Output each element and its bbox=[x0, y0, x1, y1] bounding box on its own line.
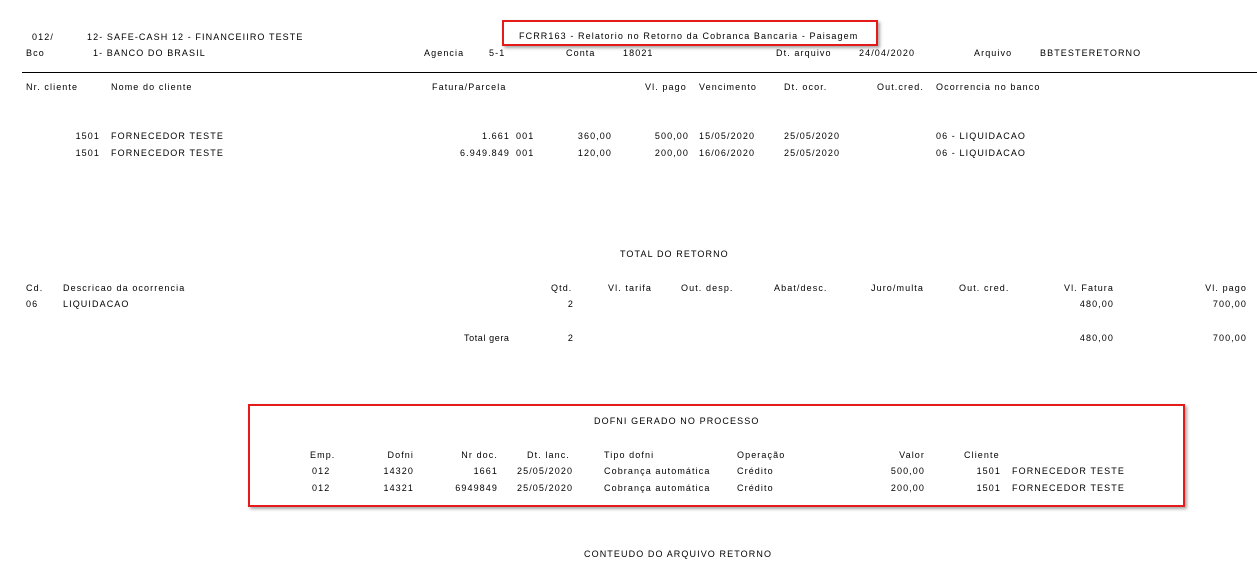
col-paid: Vl. pago bbox=[645, 82, 687, 93]
bank-label: Bco bbox=[26, 48, 45, 59]
operation: Crédito bbox=[737, 466, 774, 477]
paid-value: 700,00 bbox=[1170, 299, 1247, 310]
bank-occurrence: 06 - LIQUIDACAO bbox=[936, 131, 1026, 142]
file-label: Arquivo bbox=[974, 48, 1012, 59]
emp: 012 bbox=[312, 466, 330, 477]
description: LIQUIDACAO bbox=[63, 299, 130, 310]
col-description: Descricao da ocorrencia bbox=[63, 283, 185, 294]
bank-value: 1- BANCO DO BRASIL bbox=[93, 48, 206, 59]
grand-total-qty: 2 bbox=[550, 333, 574, 344]
due-date: 16/06/2020 bbox=[699, 148, 755, 159]
col-launch-date: Dt. lanc. bbox=[527, 450, 570, 461]
installment: 001 bbox=[516, 148, 534, 159]
col-other-exp: Out. desp. bbox=[681, 283, 734, 294]
operation: Crédito bbox=[737, 483, 774, 494]
totals-title: TOTAL DO RETORNO bbox=[620, 249, 729, 260]
col-occ-date: Dt. ocor. bbox=[784, 82, 827, 93]
client-nr: 1501 bbox=[60, 131, 100, 142]
col-other-credit: Out. cred. bbox=[959, 283, 1010, 294]
col-client-name: Nome do cliente bbox=[111, 82, 193, 93]
file-date-label: Dt. arquivo bbox=[776, 48, 832, 59]
grand-total-invoice-value: 480,00 bbox=[1040, 333, 1114, 344]
grand-total-label: Total gera bbox=[464, 333, 510, 344]
occ-date: 25/05/2020 bbox=[784, 131, 840, 142]
paid: 200,00 bbox=[630, 148, 689, 159]
account-label: Conta bbox=[566, 48, 596, 59]
value: 500,00 bbox=[860, 466, 925, 477]
col-interest: Juro/multa bbox=[871, 283, 924, 294]
agency-value: 5-1 bbox=[489, 48, 505, 59]
agency-label: Agencia bbox=[424, 48, 464, 59]
due-date: 15/05/2020 bbox=[699, 131, 755, 142]
col-bank-occurrence: Ocorrencia no banco bbox=[936, 82, 1040, 93]
col-type: Tipo dofni bbox=[604, 450, 654, 461]
client-name: FORNECEDOR TESTE bbox=[1012, 466, 1125, 477]
dofni-nr: 14320 bbox=[370, 466, 414, 477]
invoice-value: 480,00 bbox=[1040, 299, 1114, 310]
account-value: 18021 bbox=[623, 48, 654, 59]
dofni-type: Cobrança automática bbox=[604, 466, 710, 477]
report-title: FCRR163 - Relatorio no Retorno da Cobran… bbox=[519, 31, 858, 42]
doc-nr: 1661 bbox=[440, 466, 498, 477]
company-code: 012/ bbox=[32, 32, 54, 43]
col-doc-nr: Nr doc. bbox=[440, 450, 498, 461]
qty: 2 bbox=[550, 299, 574, 310]
col-client-nr: Nr. cliente bbox=[26, 82, 78, 93]
invoice: 1.661 bbox=[410, 131, 510, 142]
dofni-type: Cobrança automática bbox=[604, 483, 710, 494]
client-nr: 1501 bbox=[60, 148, 100, 159]
col-emp: Emp. bbox=[310, 450, 335, 461]
paid: 500,00 bbox=[630, 131, 689, 142]
client-name: FORNECEDOR TESTE bbox=[111, 148, 224, 159]
bank-occurrence: 06 - LIQUIDACAO bbox=[936, 148, 1026, 159]
invoice: 6.949.849 bbox=[410, 148, 510, 159]
col-code: Cd. bbox=[26, 283, 43, 294]
col-discount: Abat/desc. bbox=[774, 283, 828, 294]
col-operation: Operação bbox=[737, 450, 785, 461]
value: 200,00 bbox=[860, 483, 925, 494]
installment: 001 bbox=[516, 131, 534, 142]
client-name: FORNECEDOR TESTE bbox=[1012, 483, 1125, 494]
col-client: Cliente bbox=[964, 450, 1000, 461]
file-date-value: 24/04/2020 bbox=[859, 48, 915, 59]
file-value: BBTESTERETORNO bbox=[1040, 48, 1141, 59]
occ-date: 25/05/2020 bbox=[784, 148, 840, 159]
launch-date: 25/05/2020 bbox=[517, 483, 573, 494]
col-due: Vencimento bbox=[699, 82, 757, 93]
client-nr: 1501 bbox=[960, 483, 1001, 494]
col-value: Valor bbox=[880, 450, 925, 461]
company-name: 12- SAFE-CASH 12 - FINANCEIIRO TESTE bbox=[87, 32, 303, 43]
emp: 012 bbox=[312, 483, 330, 494]
col-qty: Qtd. bbox=[551, 283, 572, 294]
col-paid-value: Vl. pago bbox=[1170, 283, 1247, 294]
doc-nr: 6949849 bbox=[440, 483, 498, 494]
file-content-title: CONTEUDO DO ARQUIVO RETORNO bbox=[584, 549, 772, 560]
code: 06 bbox=[26, 299, 38, 310]
header-divider bbox=[22, 72, 1257, 73]
client-nr: 1501 bbox=[960, 466, 1001, 477]
client-name: FORNECEDOR TESTE bbox=[111, 131, 224, 142]
col-invoice: Fatura/Parcela bbox=[432, 82, 506, 93]
col-fee: Vl. tarifa bbox=[608, 283, 652, 294]
col-dofni: Dofni bbox=[370, 450, 414, 461]
dofni-nr: 14321 bbox=[370, 483, 414, 494]
grand-total-paid-value: 700,00 bbox=[1170, 333, 1247, 344]
launch-date: 25/05/2020 bbox=[517, 466, 573, 477]
col-invoice-value: Vl. Fatura bbox=[1040, 283, 1114, 294]
value-a: 360,00 bbox=[550, 131, 612, 142]
value-a: 120,00 bbox=[550, 148, 612, 159]
dofni-title: DOFNI GERADO NO PROCESSO bbox=[594, 416, 759, 427]
col-other-credit: Out.cred. bbox=[877, 82, 924, 93]
